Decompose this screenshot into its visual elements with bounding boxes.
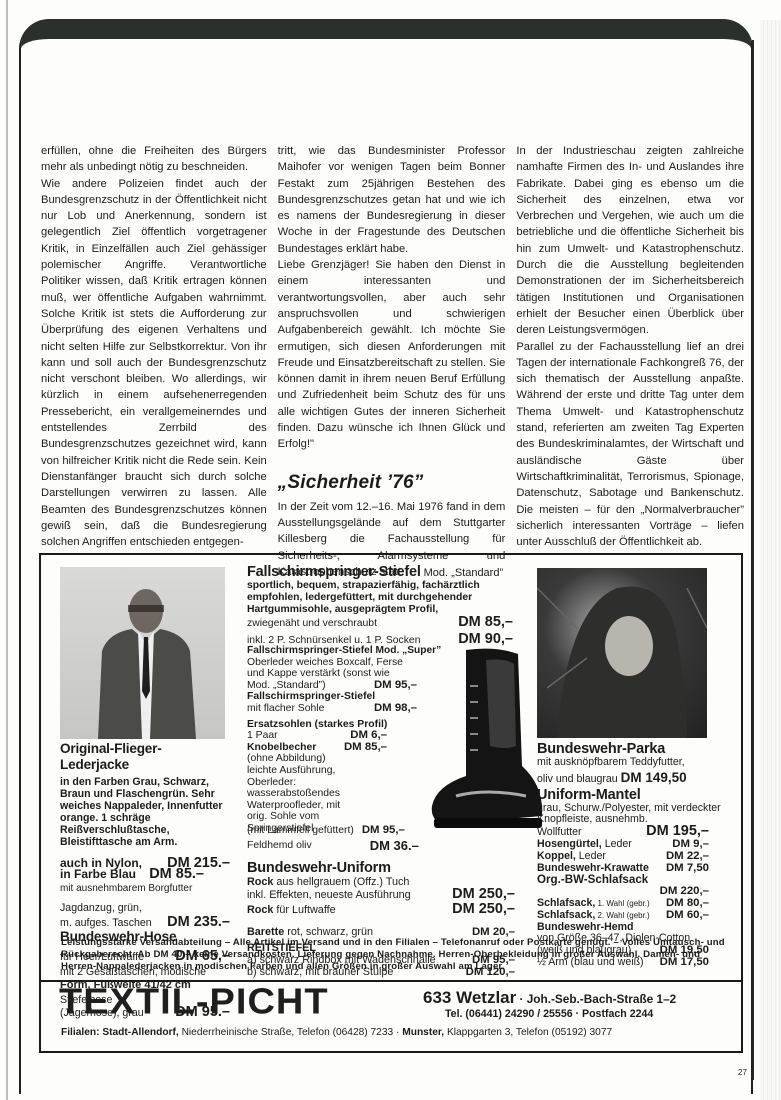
shipping-notice: Leistungsstarke Versandabteilung – Alle … <box>61 937 727 974</box>
product-title: Ersatzsohlen (starkes Profil) <box>247 719 417 731</box>
product-model: Mod. „Standard” <box>424 567 503 579</box>
item-price: DM 250,– <box>452 888 515 900</box>
item-label: (mit Lammfell gefüttert) <box>247 825 354 837</box>
item-price: DM 250,– <box>452 903 515 915</box>
paragraph: In der Industrieschau zeigten zahlreiche… <box>516 143 744 339</box>
jacket-photo <box>60 567 225 739</box>
item-price: DM 9,– <box>672 839 709 851</box>
product-title: Fallschirmspringer-Stiefel Mod. „Super” <box>247 645 417 657</box>
price-row: zwiegenäht und verschraubt DM 85,– <box>247 616 513 630</box>
boots-variants: Fallschirmspringer-Stiefel Mod. „Super” … <box>247 645 417 835</box>
item-price: DM 95,– <box>362 825 405 837</box>
item-price: DM 22,– <box>666 851 709 863</box>
page-edge-right-texture <box>760 20 781 1100</box>
item-price: DM 80,– <box>666 898 709 910</box>
price-row: KnobelbecherDM 85,– <box>247 742 387 754</box>
item-label: mit flacher Sohle <box>247 703 324 715</box>
item-price: DM 85,– <box>344 742 387 754</box>
store-city: 633 Wetzlar <box>423 988 516 1007</box>
item-label: inkl. Effekten, neueste Ausführung <box>247 889 411 901</box>
jacket-offer: Original-Flieger-Lederjacke in den Farbe… <box>60 741 230 1020</box>
item-label: oliv und blaugrau <box>537 773 618 785</box>
article-column-3: In der Industrieschau zeigten zahlreiche… <box>516 143 744 548</box>
page-number: 27 <box>738 1068 747 1077</box>
item-price: DM 95,– <box>374 680 417 692</box>
item-label-bold: Rock <box>247 904 273 916</box>
product-description: in den Farben Grau, Schwarz, Braun und F… <box>60 776 230 848</box>
price-row: Mod. „Standard”)DM 95,– <box>247 680 417 692</box>
item-price: DM 85.– <box>149 869 204 880</box>
paragraph: Wie andere Polizeien findet auch der Bun… <box>41 176 267 551</box>
item-label: Leder <box>602 838 632 850</box>
price-row: (mit Lammfell gefüttert)DM 95,– <box>247 825 547 837</box>
product-title: Fallschirmspringer-Stiefel <box>247 564 421 580</box>
paragraph: tritt, wie das Bundesminister Professor … <box>278 143 506 257</box>
item-note: mit ausnehmbarem Borgfutter <box>60 883 230 895</box>
price-row: m. aufges. Taschen DM 235.– <box>60 916 230 929</box>
item-label: Leder <box>576 850 606 862</box>
paragraph: erfüllen, ohne die Freiheiten des Bürger… <box>41 143 267 176</box>
item-price: DM 36.– <box>370 840 419 852</box>
item-label: Mod. „Standard”) <box>247 680 326 692</box>
price-row: Schlafsack, 2. Wahl (gebr.)DM 60,– <box>537 910 709 922</box>
product-description: (ohne Abbildung) leichte Ausführung, Obe… <box>247 753 357 834</box>
item-price: DM 90,– <box>458 633 513 645</box>
article-column-2: tritt, wie das Bundesminister Professor … <box>278 143 506 548</box>
item-label-bold: Schlafsack, <box>537 897 595 909</box>
product-title: Bundeswehr-Parka <box>537 741 733 757</box>
price-row: Feldhemd olivDM 36.– <box>247 840 547 852</box>
product-title: Uniform-Mantel <box>537 787 733 803</box>
parka-photo <box>537 568 707 738</box>
article-column-1: erfüllen, ohne die Freiheiten des Bürger… <box>41 143 267 548</box>
item-label: 1. Wahl (gebr.) <box>595 899 649 908</box>
item-price: DM 98,– <box>374 703 417 715</box>
branches-label: Filialen: <box>61 1027 102 1038</box>
section-headline: „Sicherheit ’76” <box>278 473 506 493</box>
item-price: DM 7,50 <box>666 863 709 875</box>
boot-image <box>426 646 546 830</box>
item-label: Jagdanzug, grün, <box>60 902 230 914</box>
product-description: mit ausknöpfbarem Teddyfutter, <box>537 757 733 769</box>
item-price: DM 85,– <box>458 616 513 628</box>
branch-name: Stadt-Allendorf, <box>102 1027 178 1038</box>
price-row: inkl. Effekten, neueste AusführungDM 250… <box>247 888 515 901</box>
item-label-bold: Schlafsack, <box>537 909 595 921</box>
paragraph: Parallel zu der Fachausstellung lief an … <box>516 339 744 551</box>
store-footer: TEXTIL-PICHT 633 Wetzlar · Joh.-Seb.-Bac… <box>39 980 743 1053</box>
item-label: aus hellgrauem (Offz.) Tuch <box>273 876 409 888</box>
store-street: · Joh.-Seb.-Bach-Straße 1–2 <box>516 992 676 1006</box>
item-price: DM 195,– <box>646 826 709 838</box>
price-row: Koppel, LederDM 22,– <box>537 851 709 863</box>
store-phone: Tel. (06441) 24290 / 25556 · Postfach 22… <box>445 1008 653 1020</box>
price-row: Rock für LuftwaffeDM 250,– <box>247 903 515 916</box>
item-label: m. aufges. Taschen <box>60 917 152 929</box>
person-in-parka-image <box>537 568 707 738</box>
branch-address: Klappgarten 3, Telefon (05192) 3077 <box>444 1027 612 1038</box>
item-label: zwiegenäht und verschraubt <box>247 618 377 630</box>
item-label-bold: Rock <box>247 876 273 888</box>
item-label: Feldhemd oliv <box>247 840 312 852</box>
product-description: sportlich, bequem, strapazierfähig, fach… <box>247 580 513 616</box>
branch-list: Filialen: Stadt-Allendorf, Niederrheinis… <box>61 1027 741 1038</box>
product-description: Oberleder weiches Boxcalf, Ferse und Kap… <box>247 657 417 680</box>
page-edge-left <box>6 0 8 1100</box>
item-label: 1 Paar <box>247 730 278 742</box>
item-price: DM 6,– <box>350 730 387 742</box>
item-price: DM 235.– <box>167 916 230 928</box>
branch-address: Niederrheinische Straße, Telefon (06428)… <box>179 1027 403 1038</box>
boots-extra: (ohne Abbildung) leichte Ausführung, Obe… <box>247 825 547 851</box>
item-label: in Farbe Blau <box>60 869 136 880</box>
product-title: Knobelbecher <box>247 742 316 754</box>
item-label-bold: Koppel, <box>537 850 576 862</box>
store-brand: TEXTIL-PICHT <box>59 983 329 1021</box>
item-label: für Luftwaffe <box>273 904 335 916</box>
item-price: DM 60,– <box>666 910 709 922</box>
item-label: 2. Wahl (gebr.) <box>595 911 649 920</box>
store-address: 633 Wetzlar · Joh.-Seb.-Bach-Straße 1–2 <box>423 988 676 1008</box>
boots-offer: Fallschirmspringer-Stiefel Mod. „Standar… <box>247 564 513 648</box>
parka-offer: Bundeswehr-Parka mit ausknöpfbarem Teddy… <box>537 741 733 969</box>
price-row: 1 PaarDM 6,– <box>247 730 387 742</box>
article: erfüllen, ohne die Freiheiten des Bürger… <box>41 143 744 548</box>
item-label-bold: Hosengürtel, <box>537 838 602 850</box>
item-price: DM 149,50 <box>621 770 687 785</box>
advertisement: Original-Flieger-Lederjacke in den Farbe… <box>39 553 743 1053</box>
man-in-jacket-image <box>88 581 204 739</box>
product-title: Original-Flieger-Lederjacke <box>60 741 230 773</box>
paragraph: Liebe Grenzjäger! Sie haben den Dienst i… <box>278 257 506 453</box>
branch-name: Munster, <box>402 1027 444 1038</box>
product-title: Bundeswehr-Uniform <box>247 860 515 876</box>
price-row: mit flacher SohleDM 98,– <box>247 703 417 715</box>
price-row: oliv und blaugrau DM 149,50 <box>537 772 733 786</box>
